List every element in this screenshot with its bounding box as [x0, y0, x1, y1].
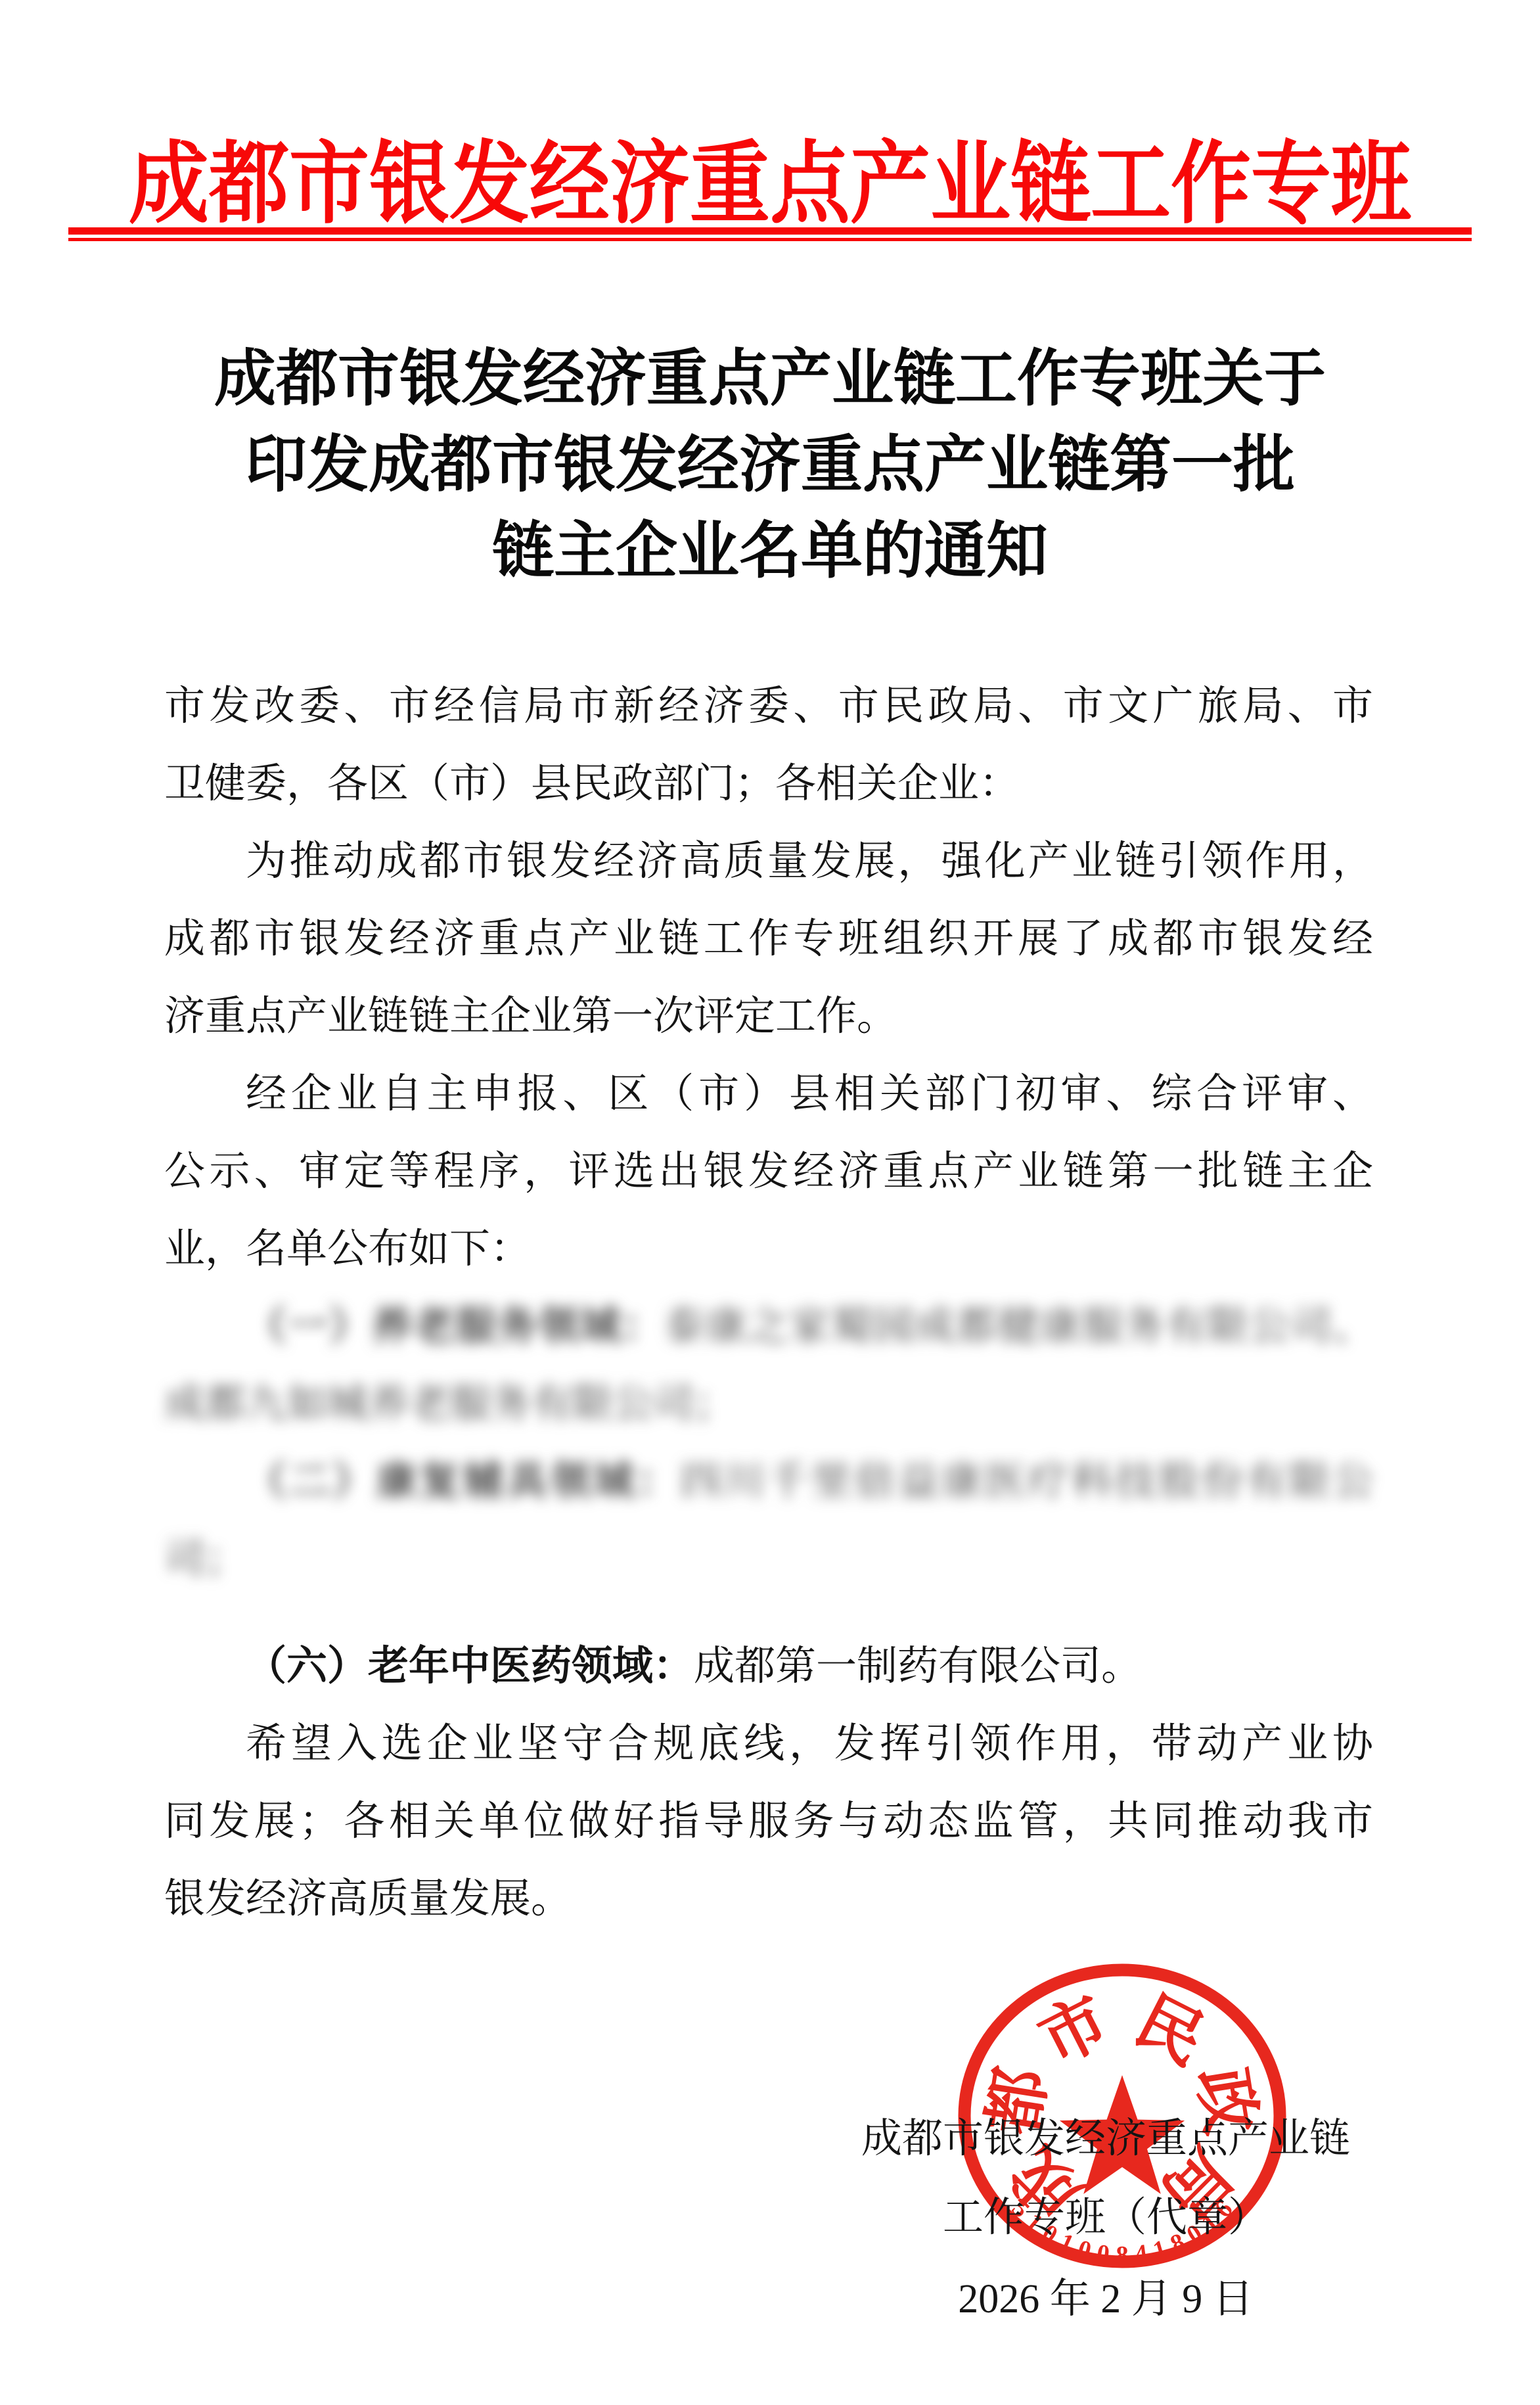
seal-ring-char: 民 [1124, 1984, 1215, 2078]
body-segment-text: 成都市银发经济重点产业链工作专班组织开展了成都市银发经 [164, 917, 1373, 961]
official-document-page: 成都市银发经济重点产业链工作专班 成都市银发经济重点产业链工作专班关于 印发成都… [0, 0, 1540, 2405]
body-line-13: （六）老年中医药领域：成都第一制药有限公司。 [164, 1628, 1373, 1705]
letterhead-org-title: 成都市银发经济重点产业链工作专班 [0, 112, 1540, 240]
body-segment-text: 同发展；各相关单位做好指导服务与动态监管，共同推动我市 [164, 1799, 1373, 1844]
document-title-line-2: 印发成都市银发经济重点产业链第一批 [0, 423, 1540, 509]
body-segment-label: （六）老年中医药领域： [246, 1644, 694, 1689]
body-line-9: （一）养老服务领域：泰康之家蜀园成都健康服务有限公司、 [164, 1288, 1373, 1365]
signature-org-line-2: 工作专班（代章） [761, 2196, 1451, 2239]
body-segment-label: （二）康复辅具领域： [246, 1459, 681, 1504]
body-line-11: （二）康复辅具领域：四川千里倍益康医疗科技股份有限公 [164, 1443, 1373, 1521]
body-line-15: 同发展；各相关单位做好指导服务与动态监管，共同推动我市 [164, 1783, 1373, 1860]
body-segment-text: 济重点产业链链主企业第一次评定工作。 [164, 994, 897, 1039]
body-segment-text: 成都第一制药有限公司。 [694, 1644, 1142, 1689]
body-line-2: 卫健委，各区（市）县民政部门；各相关企业： [164, 745, 1373, 823]
body-segment-text: 成都九如城养老服务有限公司； [164, 1382, 735, 1427]
body-segment-text: 经企业自主申报、区（市）县相关部门初审、综合评审、 [246, 1072, 1373, 1116]
body-segment-text: 卫健委，各区（市）县民政部门；各相关企业： [164, 762, 1020, 806]
signature-org-line-1: 成都市银发经济重点产业链 [761, 2117, 1451, 2161]
body-segment-text: 公示、审定等程序，评选出银发经济重点产业链第一批链主企 [164, 1149, 1373, 1194]
body-segment-text: 银发经济高质量发展。 [164, 1877, 572, 1921]
body-segment-label: （一）养老服务领域： [246, 1304, 664, 1349]
body-line-16: 银发经济高质量发展。 [164, 1860, 1373, 1938]
document-body: 市发改委、市经信局市新经济委、市民政局、市文广旅局、市卫健委，各区（市）县民政部… [164, 668, 1373, 1938]
body-line-3: 为推动成都市银发经济高质量发展，强化产业链引领作用， [164, 823, 1373, 900]
document-title: 成都市银发经济重点产业链工作专班关于 印发成都市银发经济重点产业链第一批 链主企… [0, 336, 1540, 595]
body-line-8: 业，名单公布如下： [164, 1210, 1373, 1288]
signature-date: 2026 年 2 月 9 日 [761, 2278, 1451, 2321]
red-rule-thin [68, 238, 1472, 241]
body-segment-text: 司； [164, 1537, 246, 1582]
body-line-6: 经企业自主申报、区（市）县相关部门初审、综合评审、 [164, 1055, 1373, 1133]
seal-ring-char: 市 [1029, 1984, 1120, 2078]
body-segment-text: 泰康之家蜀园成都健康服务有限公司、 [664, 1304, 1373, 1349]
body-line-12: 司； [164, 1521, 1373, 1598]
body-segment-text: 希望入选企业坚守合规底线，发挥引领作用，带动产业协 [246, 1722, 1373, 1766]
body-segment-text: 四川千里倍益康医疗科技股份有限公 [681, 1459, 1373, 1504]
body-line-10: 成都九如城养老服务有限公司； [164, 1365, 1373, 1443]
body-line-5: 济重点产业链链主企业第一次评定工作。 [164, 978, 1373, 1055]
body-line-4: 成都市银发经济重点产业链工作专班组织开展了成都市银发经 [164, 900, 1373, 978]
body-segment-text: 业，名单公布如下： [164, 1227, 531, 1271]
document-title-line-1: 成都市银发经济重点产业链工作专班关于 [0, 336, 1540, 423]
body-segment-text: 市发改委、市经信局市新经济委、市民政局、市文广旅局、市 [164, 684, 1373, 729]
seal-number-digit: 8 [1116, 2241, 1129, 2269]
body-line-14: 希望入选企业坚守合规底线，发挥引领作用，带动产业协 [164, 1705, 1373, 1783]
body-segment-text: 为推动成都市银发经济高质量发展，强化产业链引领作用， [246, 839, 1373, 884]
body-line-1: 市发改委、市经信局市新经济委、市民政局、市文广旅局、市 [164, 668, 1373, 745]
document-title-line-3: 链主企业名单的通知 [0, 509, 1540, 595]
red-rule-thick [68, 227, 1472, 235]
body-line-7: 公示、审定等程序，评选出银发经济重点产业链第一批链主企 [164, 1133, 1373, 1210]
